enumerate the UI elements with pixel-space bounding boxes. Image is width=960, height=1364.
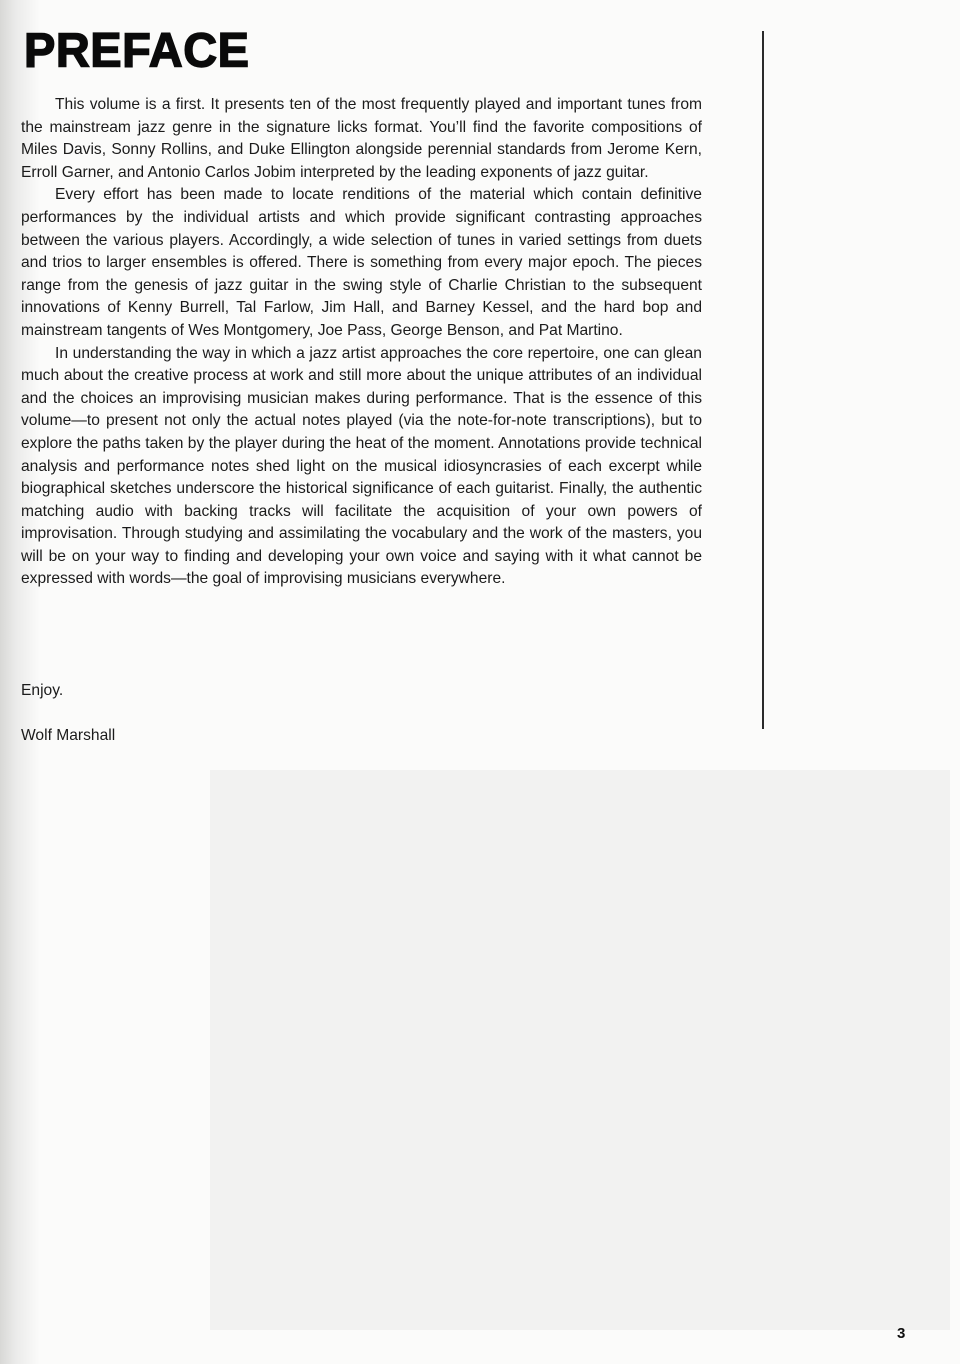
author-signature: Wolf Marshall (21, 727, 115, 745)
page-title: PREFACE (24, 21, 250, 77)
vertical-divider (762, 31, 764, 729)
paragraph-2: Every effort has been made to locate ren… (21, 184, 702, 342)
closing-line: Enjoy. (21, 682, 63, 700)
paragraph-3: In understanding the way in which a jazz… (21, 343, 702, 592)
reverse-side-bleed-through (210, 770, 950, 1330)
paragraph-1: This volume is a first. It presents ten … (21, 94, 702, 184)
preface-body: This volume is a first. It presents ten … (21, 94, 702, 591)
page-number: 3 (897, 1325, 905, 1342)
